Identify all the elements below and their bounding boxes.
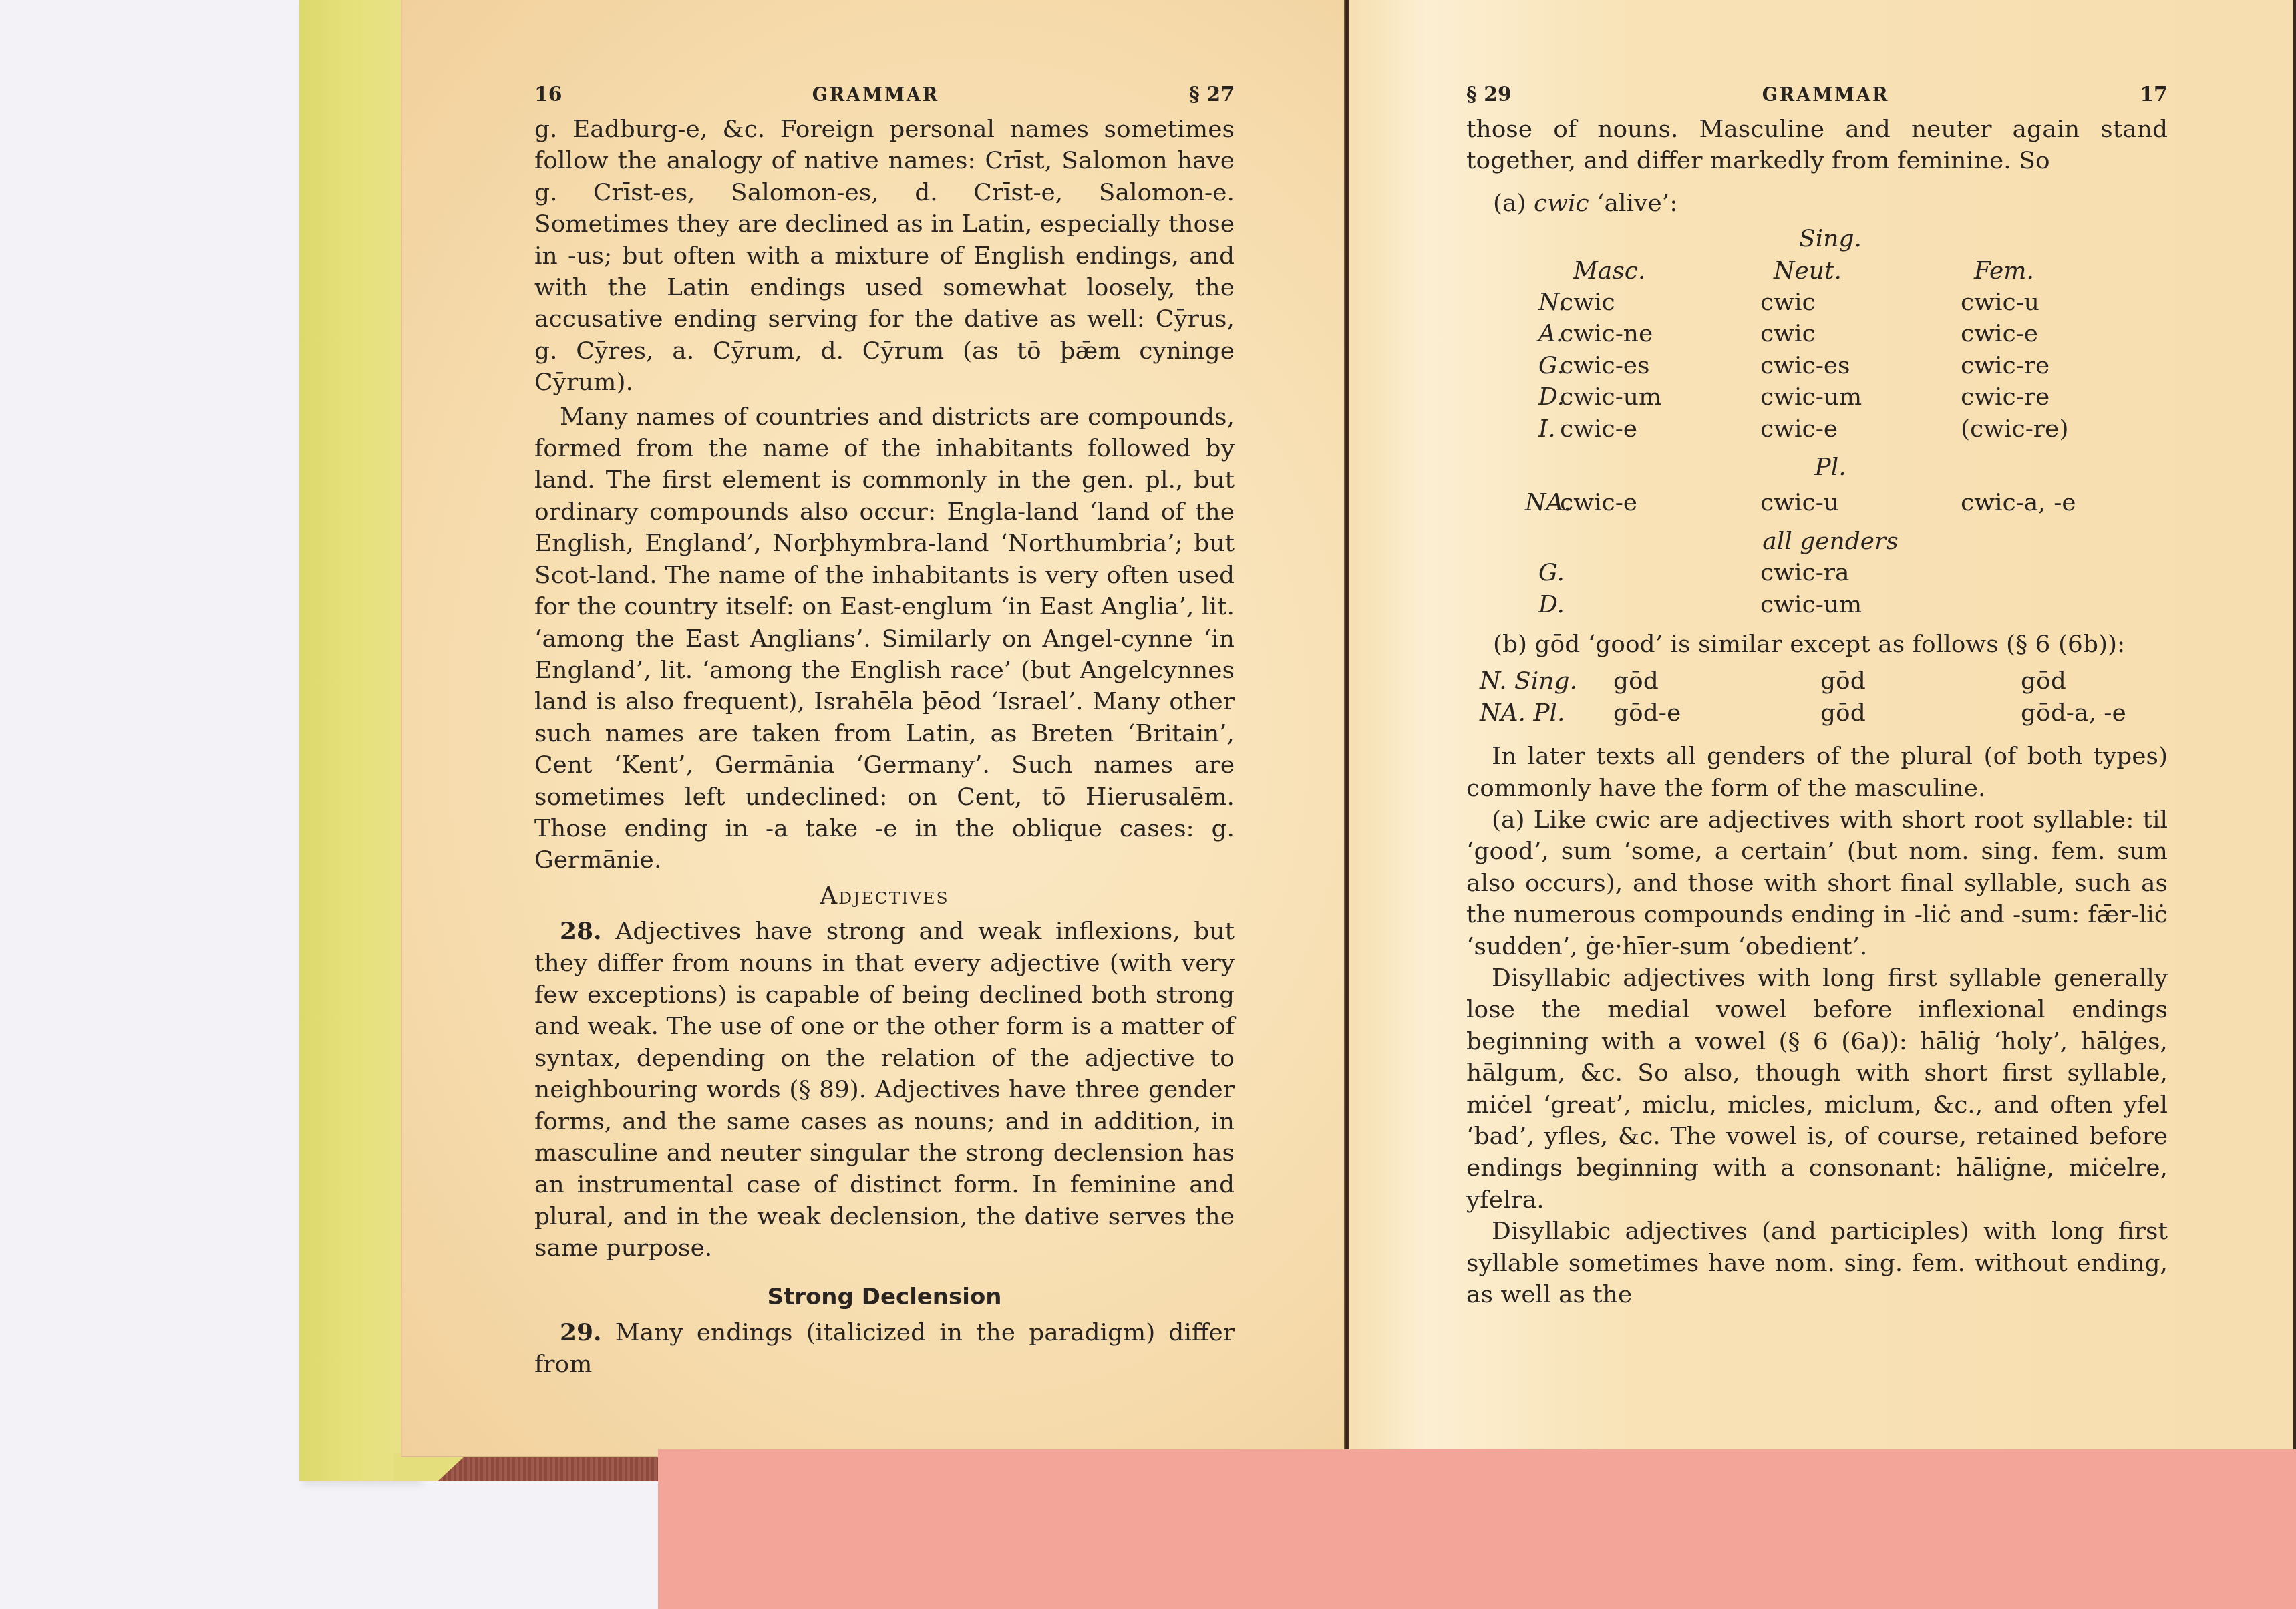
table-row: NA. Pl. gōd-e gōd gōd-a, -e — [1466, 697, 2168, 729]
page-number: 17 — [2140, 79, 2168, 110]
table-row: D. cwic-um cwic-um cwic-re — [1466, 381, 2168, 413]
neut-form: cwic-um — [1760, 381, 1961, 413]
pink-sheet — [658, 1449, 2296, 1609]
section-number: 28. — [560, 917, 602, 945]
running-head: § 29 GRAMMAR 17 — [1466, 79, 2168, 114]
page-number: 16 — [534, 79, 562, 110]
table-row: D. cwic-um — [1466, 589, 2168, 620]
table-row: NA. cwic-e cwic-u cwic-a, -e — [1466, 487, 2168, 518]
right-page-text: § 29 GRAMMAR 17 those of nouns. Masculin… — [1466, 79, 2168, 1310]
fem-form: cwic-u — [1961, 287, 2161, 318]
paragraph: Disyllabic adjectives (and participles) … — [1466, 1216, 2168, 1310]
fem-form: gōd-a, -e — [2021, 697, 2221, 729]
paragraph: Many names of countries and districts ar… — [534, 401, 1235, 876]
example-label: (a) — [1493, 190, 1526, 217]
masc-form: cwic-es — [1560, 350, 1760, 381]
gender-header-row: Masc. Neut. Fem. — [1466, 255, 2168, 287]
paragraph-28: 28. Adjectives have strong and weak infl… — [534, 916, 1235, 1264]
case-label: D. — [1466, 381, 1560, 413]
fem-form: cwic-a, -e — [1961, 487, 2161, 518]
paragraph: g. Eadburg-e, &c. Foreign personal names… — [534, 114, 1235, 399]
paradigm-table-god: N. Sing. gōd gōd gōd NA. Pl. gōd-e gōd g… — [1466, 665, 2168, 729]
section-heading: Adjectives — [534, 880, 1235, 912]
neut-form: cwic-e — [1760, 413, 1961, 445]
case-label: A. — [1466, 318, 1560, 349]
masc-form: cwic-ne — [1560, 318, 1760, 349]
neut-form: cwic-u — [1760, 487, 1961, 518]
running-head: 16 GRAMMAR § 27 — [534, 79, 1235, 114]
table-row: G. cwic-es cwic-es cwic-re — [1466, 350, 2168, 381]
case-label: N. Sing. — [1480, 665, 1613, 697]
paragraph-text: Many endings (italicized in the paradigm… — [534, 1319, 1235, 1378]
masc-form: gōd — [1613, 665, 1820, 697]
masc-form: cwic — [1560, 287, 1760, 318]
paragraph: those of nouns. Masculine and neuter aga… — [1466, 114, 2168, 177]
gender-header: Masc. — [1560, 255, 1760, 287]
neut-form: cwic — [1760, 287, 1961, 318]
section-ref: § 27 — [1189, 79, 1235, 110]
case-label: NA. Pl. — [1480, 697, 1613, 729]
example-word: cwic — [1534, 190, 1589, 217]
masc-form: gōd-e — [1613, 697, 1820, 729]
table-row: I. cwic-e cwic-e (cwic-re) — [1466, 413, 2168, 445]
neut-form: gōd — [1820, 697, 2021, 729]
table-row: N. cwic cwic cwic-u — [1466, 287, 2168, 318]
masc-form: cwic-e — [1560, 413, 1760, 445]
paragraph-text: Adjectives have strong and weak inflexio… — [534, 918, 1235, 1262]
neut-form: cwic — [1760, 318, 1961, 349]
table-row: A. cwic-ne cwic cwic-e — [1466, 318, 2168, 349]
case-label: G. — [1466, 350, 1560, 381]
running-title: GRAMMAR — [1762, 79, 1890, 111]
subsection-heading: Strong Declension — [534, 1282, 1235, 1313]
fem-form: cwic-re — [1961, 381, 2161, 413]
all-genders-form: cwic-ra — [1760, 557, 1961, 588]
book-gutter — [1344, 0, 1349, 1451]
running-title: GRAMMAR — [812, 79, 940, 111]
case-label: I. — [1466, 413, 1560, 445]
neut-form: cwic-es — [1760, 350, 1961, 381]
fem-form: cwic-e — [1961, 318, 2161, 349]
all-genders-label: all genders — [1466, 526, 2168, 557]
neut-form: gōd — [1820, 665, 2021, 697]
case-label: N. — [1466, 287, 1560, 318]
all-genders-form: cwic-um — [1760, 589, 1961, 620]
section-ref: § 29 — [1466, 79, 1512, 110]
left-page-text: 16 GRAMMAR § 27 g. Eadburg-e, &c. Foreig… — [534, 79, 1235, 1381]
masc-form: cwic-um — [1560, 381, 1760, 413]
masc-form: cwic-e — [1560, 487, 1760, 518]
case-label: D. — [1466, 589, 1560, 620]
example-b-lead: (b) gōd ‘good’ is similar except as foll… — [1466, 629, 2168, 660]
section-number: 29. — [560, 1318, 602, 1347]
table-row: N. Sing. gōd gōd gōd — [1466, 665, 2168, 697]
case-label: G. — [1466, 557, 1560, 588]
gender-header: Fem. — [1961, 255, 2161, 287]
fem-form: (cwic-re) — [1961, 413, 2161, 445]
example-a-lead: (a) cwic ‘alive’: — [1466, 188, 2168, 219]
fem-form: cwic-re — [1961, 350, 2161, 381]
gender-header: Neut. — [1760, 255, 1961, 287]
fem-form: gōd — [2021, 665, 2221, 697]
paragraph-29: 29. Many endings (italicized in the para… — [534, 1317, 1235, 1381]
table-row: G. cwic-ra — [1466, 557, 2168, 588]
paragraph: Disyllabic adjectives with long first sy… — [1466, 962, 2168, 1216]
case-label: NA. — [1466, 487, 1560, 518]
paradigm-table-cwic: Sing. Masc. Neut. Fem. N. cwic cwic cwic… — [1466, 223, 2168, 620]
number-label-pl: Pl. — [1466, 452, 2168, 483]
paragraph: (a) Like cwic are adjectives with short … — [1466, 804, 2168, 962]
paragraph: In later texts all genders of the plural… — [1466, 741, 2168, 804]
book-spine-headband — [438, 1456, 665, 1481]
number-label-sing: Sing. — [1466, 223, 2168, 254]
example-gloss: ‘alive’: — [1597, 190, 1677, 217]
